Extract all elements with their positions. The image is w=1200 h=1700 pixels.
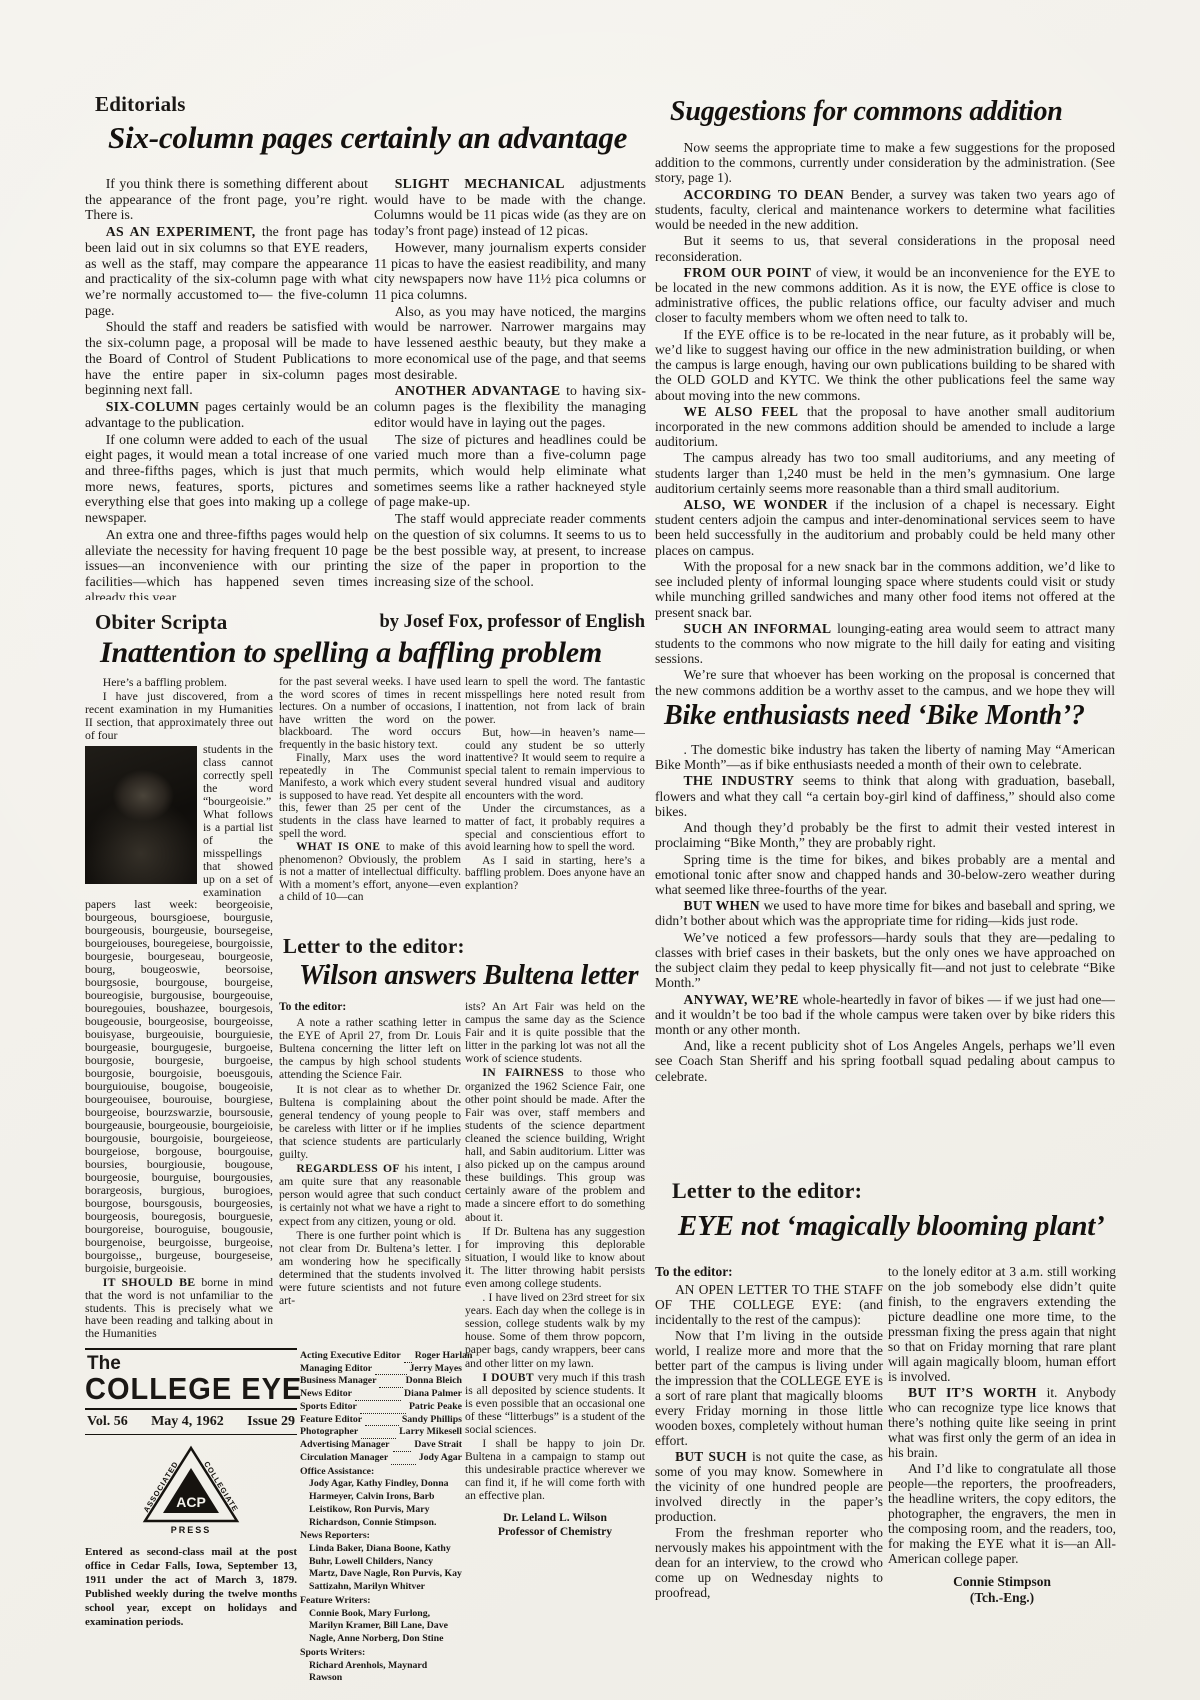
editorials-kicker: Editorials — [95, 92, 186, 117]
paragraph-lead: SLIGHT MECHANICAL — [395, 176, 580, 191]
paragraph: IT SHOULD BE borne in mind that the word… — [85, 1276, 273, 1341]
paragraph: ALSO, WE WONDER if the inclusion of a ch… — [655, 497, 1115, 558]
paragraph: The campus already has two too small aud… — [655, 450, 1115, 496]
staff-name: Donna Bleich — [406, 1375, 462, 1388]
paragraph-lead: THE INDUSTRY — [684, 773, 803, 788]
spelling-column-2: for the past several weeks. I have used … — [279, 676, 461, 932]
paragraph: If one column were added to each of the … — [85, 432, 368, 526]
paragraph: From the freshman reporter who nervously… — [655, 1525, 883, 1600]
staff-role-row: Acting Executive EditorRoger Harlan — [300, 1350, 462, 1363]
paragraph: BUT WHEN we used to have more time for b… — [655, 898, 1115, 928]
paragraph-lead: FROM OUR POINT — [684, 265, 816, 280]
dotted-leader — [379, 1384, 402, 1388]
eye-letter-kicker: Letter to the editor: — [672, 1178, 862, 1204]
dotted-leader — [360, 1410, 406, 1414]
paragraph-lead: IN FAIRNESS — [482, 1066, 573, 1079]
paragraph-lead: IT SHOULD BE — [103, 1275, 202, 1289]
paragraph: . The domestic bike industry has taken t… — [655, 742, 1115, 772]
staff-role: Advertising Manager — [300, 1439, 390, 1452]
staff-group-label: Sports Writers: — [300, 1647, 462, 1660]
paragraph: BUT SUCH is not quite the case, as some … — [655, 1449, 883, 1524]
paragraph-lead: ANYWAY, WE’RE — [684, 992, 803, 1007]
paragraph-lead: ANOTHER ADVANTAGE — [395, 383, 566, 398]
paragraph: AS AN EXPERIMENT, the front page has bee… — [85, 224, 368, 318]
staff-role: News Editor — [300, 1388, 352, 1401]
paragraph: Professor of Chemistry — [465, 1525, 645, 1538]
paragraph: Now that I’m living in the outside world… — [655, 1328, 883, 1448]
six-column-column-1: If you think there is something differen… — [85, 176, 368, 600]
staff-roles-list: Acting Executive EditorRoger HarlanManag… — [300, 1350, 462, 1465]
staff-role-row: Managing EditorJerry Mayes — [300, 1363, 462, 1376]
paragraph: ACCORDING TO DEAN Bender, a survey was t… — [655, 187, 1115, 233]
staff-role-row: Circulation ManagerJody Agar — [300, 1452, 462, 1465]
paragraph: Under the circumstances, as a matter of … — [465, 803, 645, 853]
paragraph: To the editor: — [655, 1264, 883, 1279]
masthead-title: COLLEGE EYE — [85, 1374, 297, 1406]
acp-logo-wrap: ACP ASSOCIATED COLLEGIATE PRESS — [85, 1443, 297, 1540]
paragraph: I DOUBT very much if this trash is all d… — [465, 1371, 645, 1436]
paragraph: But it seems to us, that several conside… — [655, 233, 1115, 263]
masthead-entered-notice: Entered as second-class mail at the post… — [85, 1546, 297, 1629]
bike-month-headline: Bike enthusiasts need ‘Bike Month’? — [664, 700, 1085, 732]
paragraph: Dr. Leland L. Wilson — [465, 1511, 645, 1524]
paragraph-lead: WHAT IS ONE — [296, 841, 386, 853]
paragraph: Also, as you may have noticed, the margi… — [374, 304, 646, 383]
staff-box: Acting Executive EditorRoger HarlanManag… — [300, 1350, 462, 1685]
staff-group-label: News Reporters: — [300, 1530, 462, 1543]
staff-role: Business Manager — [300, 1375, 376, 1388]
acp-center-label: ACP — [176, 1494, 206, 1510]
paragraph: Now seems the appropriate time to make a… — [655, 140, 1115, 186]
paragraph-lead: WE ALSO FEEL — [684, 404, 807, 419]
staff-name: Roger Harlan — [415, 1350, 473, 1363]
paragraph: If the EYE office is to be re-located in… — [655, 327, 1115, 403]
masthead-top-rule — [85, 1348, 297, 1350]
obiter-scripta-kicker: Obiter Scripta — [95, 610, 227, 635]
paragraph: If Dr. Bultena has any suggestion for im… — [465, 1225, 645, 1290]
paragraph-lead: ACCORDING TO DEAN — [684, 187, 851, 202]
paragraph: And though they’d probably be the first … — [655, 820, 1115, 850]
paragraph: But, how—in heaven’s name— could any stu… — [465, 727, 645, 802]
paragraph: ANOTHER ADVANTAGE to having six-column p… — [374, 383, 646, 430]
paragraph-lead: BUT IT’S WORTH — [908, 1385, 1047, 1400]
paragraph: And I’d like to congratulate all those p… — [888, 1461, 1116, 1566]
obiter-byline: by Josef Fox, professor of English — [379, 612, 645, 633]
paragraph: If you think there is something differen… — [85, 176, 368, 223]
paragraph: To the editor: — [279, 1000, 461, 1013]
paragraph: Finally, Marx uses the word repeatedly i… — [279, 752, 461, 840]
paragraph: The staff would appreciate reader commen… — [374, 511, 646, 590]
paragraph: A note a rather scathing letter in the E… — [279, 1016, 461, 1081]
staff-role: Photographer — [300, 1426, 358, 1439]
eye-letter-column-2: to the lonely editor at 3 a.m. still wor… — [888, 1264, 1116, 1606]
staff-name: Sandy Phillips — [402, 1414, 462, 1427]
newspaper-page: Editorials Six-column pages certainly an… — [0, 0, 1200, 1700]
eye-letter-column-1: To the editor:AN OPEN LETTER TO THE STAF… — [655, 1264, 883, 1601]
paragraph-lead: BUT WHEN — [684, 898, 764, 913]
paragraph: THE INDUSTRY seems to think that along w… — [655, 773, 1115, 819]
paragraph: AN OPEN LETTER TO THE STAFF OF THE COLLE… — [655, 1282, 883, 1327]
staff-name: Jerry Mayes — [410, 1363, 463, 1376]
acp-press-label: PRESS — [171, 1525, 212, 1535]
paragraph: SLIGHT MECHANICAL adjustments would have… — [374, 176, 646, 239]
staff-group-names: Jody Agar, Kathy Findley, Donna Harmeyer… — [300, 1478, 462, 1529]
staff-group-names: Richard Arenhols, Maynard Rawson — [300, 1660, 462, 1685]
article-photo — [85, 746, 197, 884]
staff-role-row: Feature EditorSandy Phillips — [300, 1414, 462, 1427]
staff-name: Dave Strait — [414, 1439, 462, 1452]
paragraph: However, many journalism experts conside… — [374, 240, 646, 303]
paragraph: Connie Stimpson — [888, 1574, 1116, 1589]
paragraph: ANYWAY, WE’RE whole-heartedly in favor o… — [655, 992, 1115, 1038]
dotted-leader — [375, 1371, 406, 1375]
six-column-headline: Six-column pages certainly an advantage — [108, 120, 627, 156]
volume-number: Vol. 56 — [87, 1414, 128, 1430]
masthead: The COLLEGE EYE Vol. 56 May 4, 1962 Issu… — [85, 1348, 297, 1630]
staff-name: Larry Mikesell — [399, 1426, 462, 1439]
paragraph-lead: SIX-COLUMN — [106, 399, 205, 414]
paragraph: BUT IT’S WORTH it. Anybody who can recog… — [888, 1385, 1116, 1460]
paragraph: FROM OUR POINT of view, it would be an i… — [655, 265, 1115, 326]
paragraph: As I said in starting, here’s a baffling… — [465, 855, 645, 893]
spelling-column-3: learn to spell the word. The fantastic m… — [465, 676, 645, 958]
dotted-leader — [393, 1448, 412, 1452]
acp-logo-icon: ACP ASSOCIATED COLLEGIATE PRESS — [137, 1443, 245, 1535]
spelling-headline: Inattention to spelling a baffling probl… — [100, 636, 602, 670]
staff-role-row: Sports EditorPatric Peake — [300, 1401, 462, 1414]
paragraph: . I have lived on 23rd street for six ye… — [465, 1291, 645, 1370]
paragraph: ists? An Art Fair was held on the campus… — [465, 1000, 645, 1065]
bike-month-body: . The domestic bike industry has taken t… — [655, 742, 1115, 1172]
staff-group-names: Linda Baker, Diana Boone, Kathy Buhr, Lo… — [300, 1543, 462, 1594]
masthead-rule-3 — [85, 1434, 297, 1435]
staff-name: Jody Agar — [419, 1452, 462, 1465]
paragraph-lead: REGARDLESS OF — [296, 1162, 404, 1175]
suggestions-headline: Suggestions for commons addition — [670, 96, 1063, 128]
paragraph: WE ALSO FEEL that the proposal to have a… — [655, 404, 1115, 450]
paragraph: I shall be happy to join Dr. Bultena in … — [465, 1437, 645, 1502]
paragraph: The size of pictures and headlines could… — [374, 432, 646, 511]
paragraph: We’re sure that whoever has been working… — [655, 667, 1115, 696]
suggestions-body: Now seems the appropriate time to make a… — [655, 140, 1115, 696]
paragraph: It is not clear as to whether Dr. Bulten… — [279, 1083, 461, 1162]
staff-role: Acting Executive Editor — [300, 1350, 401, 1363]
issue-date: May 4, 1962 — [151, 1414, 224, 1430]
wilson-letter-headline: Wilson answers Bultena letter — [299, 960, 638, 992]
paragraph: REGARDLESS OF his intent, I am quite sur… — [279, 1162, 461, 1227]
wilson-letter-column-1: To the editor:A note a rather scathing l… — [279, 1000, 461, 1348]
staff-role-row: News EditorDiana Palmer — [300, 1388, 462, 1401]
paragraph: Spring time is the time for bikes, and b… — [655, 852, 1115, 898]
paragraph: SUCH AN INFORMAL lounging-eating area wo… — [655, 621, 1115, 667]
paragraph-lead: SUCH AN INFORMAL — [684, 621, 838, 636]
staff-group-label: Office Assistance: — [300, 1466, 462, 1479]
staff-group-names: Connie Book, Mary Furlong, Marilyn Krame… — [300, 1608, 462, 1646]
staff-role-row: Advertising ManagerDave Strait — [300, 1439, 462, 1452]
masthead-volume-row: Vol. 56 May 4, 1962 Issue 29 — [85, 1410, 297, 1434]
paragraph: learn to spell the word. The fantastic m… — [465, 676, 645, 726]
six-column-column-2: SLIGHT MECHANICAL adjustments would have… — [374, 176, 646, 600]
paragraph: IN FAIRNESS to those who organized the 1… — [465, 1066, 645, 1223]
paragraph-lead: AS AN EXPERIMENT, — [106, 224, 262, 239]
wilson-letter-kicker: Letter to the editor: — [283, 934, 465, 959]
paragraph: I have just discovered, from a recent ex… — [85, 690, 273, 742]
paragraph: to the lonely editor at 3 a.m. still wor… — [888, 1264, 1116, 1384]
paragraph: Should the staff and readers be satisfie… — [85, 319, 368, 398]
dotted-leader — [355, 1397, 401, 1401]
staff-groups-list: Office Assistance:Jody Agar, Kathy Findl… — [300, 1466, 462, 1685]
spelling-column-1: Here’s a baffling problem. I have just d… — [85, 676, 273, 1344]
staff-role: Managing Editor — [300, 1363, 372, 1376]
dotted-leader — [391, 1461, 415, 1465]
paragraph: SIX-COLUMN pages certainly would be an a… — [85, 399, 368, 430]
staff-role-row: PhotographerLarry Mikesell — [300, 1426, 462, 1439]
paragraph: And, like a recent publicity shot of Los… — [655, 1038, 1115, 1084]
staff-role: Feature Editor — [300, 1414, 362, 1427]
paragraph-lead: I DOUBT — [482, 1371, 537, 1384]
paragraph: for the past several weeks. I have used … — [279, 676, 461, 751]
staff-role-row: Business ManagerDonna Bleich — [300, 1375, 462, 1388]
staff-role: Sports Editor — [300, 1401, 357, 1414]
eye-letter-headline: EYE not ‘magically blooming plant’ — [678, 1210, 1105, 1243]
paragraph: With the proposal for a new snack bar in… — [655, 559, 1115, 620]
staff-group-label: Feature Writers: — [300, 1595, 462, 1608]
masthead-the: The — [87, 1354, 297, 1373]
dotted-leader — [365, 1422, 399, 1426]
paragraph: WHAT IS ONE to make of this phenomenon? … — [279, 841, 461, 904]
paragraph-lead: BUT SUCH — [675, 1449, 752, 1464]
paragraph: An extra one and three-fifths pages woul… — [85, 527, 368, 600]
paragraph: There is one further point which is not … — [279, 1229, 461, 1308]
photo-wrap-block: students in the class cannot correctly s… — [85, 743, 273, 1275]
paragraph: We’ve noticed a few professors—hardy sou… — [655, 930, 1115, 991]
paragraph: Here’s a baffling problem. — [85, 676, 273, 689]
wilson-letter-column-2: ists? An Art Fair was held on the campus… — [465, 1000, 645, 1539]
paragraph-lead: ALSO, WE WONDER — [684, 497, 836, 512]
staff-name: Patric Peake — [409, 1401, 462, 1414]
staff-role: Circulation Manager — [300, 1452, 388, 1465]
staff-name: Diana Palmer — [404, 1388, 462, 1401]
paragraph: (Tch.-Eng.) — [888, 1590, 1116, 1605]
issue-number: Issue 29 — [247, 1414, 295, 1430]
